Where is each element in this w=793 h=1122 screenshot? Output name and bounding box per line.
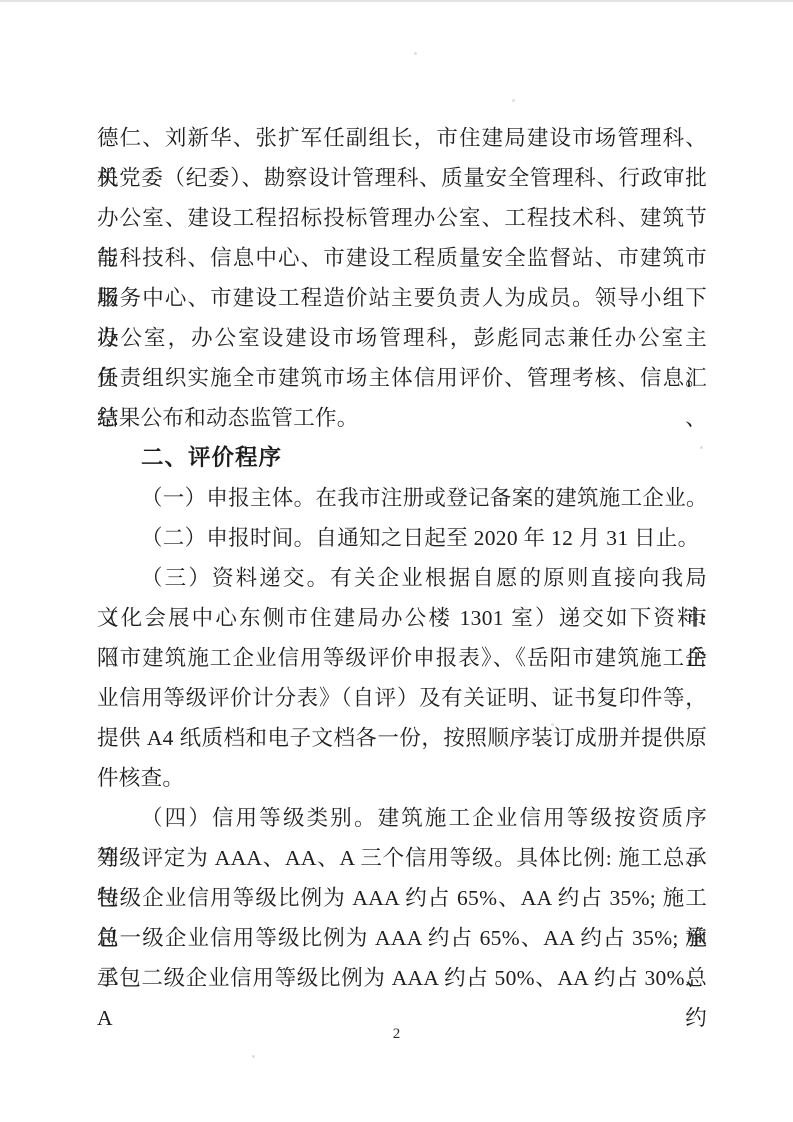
scan-noise [512,99,515,102]
text-line: 提供 A4 纸质档和电子文档各一份，按照顺序装订成册并提供原 [97,718,707,758]
scan-noise [700,446,703,449]
scan-edge-line [0,0,793,2]
scan-noise [414,52,417,55]
text-line: （三）资料递交。有关企业根据自愿的原则直接向我局（市 [97,558,707,598]
text-line: 办公室，办公室设建设市场管理科，彭彪同志兼任办公室主任。 [97,318,707,358]
scan-noise [252,1055,255,1058]
text-line: 业信用等级评价计分表》（自评）及有关证明、证书复印件等， [97,678,707,718]
text-line: 阳市建筑施工企业信用等级评价申报表》、《岳阳市建筑施工企 [97,638,707,678]
text-line: 特级企业信用等级比例为 AAA 约占 65%、AA 约占 35%; 施工总承 [97,878,707,918]
document-body: 德仁、刘新华、张扩军任副组长，市住建局建设市场管理科、机关党委（纪委）、勘察设计… [97,118,707,998]
text-line: （二）申报时间。自通知之日起至 2020 年 12 月 31 日止。 [97,518,707,558]
text-line: 件核查。 [97,758,707,798]
page-number: 2 [0,1026,793,1043]
scanned-document-page: 德仁、刘新华、张扩军任副组长，市住建局建设市场管理科、机关党委（纪委）、勘察设计… [0,0,793,1122]
section-heading: 二、评价程序 [97,438,707,478]
text-line: 等级评定为 AAA、AA、A 三个信用等级。具体比例: 施工总承包 [97,838,707,878]
text-line: 包一级企业信用等级比例为 AAA 约占 65%、AA 约占 35%; 施工总 [97,918,707,958]
text-line: 德仁、刘新华、张扩军任副组长，市住建局建设市场管理科、机 [97,118,707,158]
text-line: （四）信用等级类别。建筑施工企业信用等级按资质序列、 [97,798,707,838]
text-line: 承包二级企业信用等级比例为 AAA 约占 50%、AA 约占 30%、A 约 [97,958,707,998]
scan-noise [551,723,554,726]
text-line: 服务中心、市建设工程造价站主要负责人为成员。领导小组下设 [97,278,707,318]
text-line: 关党委（纪委）、勘察设计管理科、质量安全管理科、行政审批 [97,158,707,198]
text-line: （一）申报主体。在我市注册或登记备案的建筑施工企业。 [97,478,707,518]
text-line: 负责组织实施全市建筑市场主体信用评价、管理考核、信息汇总、 [97,358,707,398]
text-line: 办公室、建设工程招标投标管理办公室、工程技术科、建筑节能 [97,198,707,238]
text-line: 文化会展中心东侧市住建局办公楼 1301 室）递交如下资料: 《岳 [97,598,707,638]
text-line: 与科技科、信息中心、市建设工程质量安全监督站、市建筑市场 [97,238,707,278]
